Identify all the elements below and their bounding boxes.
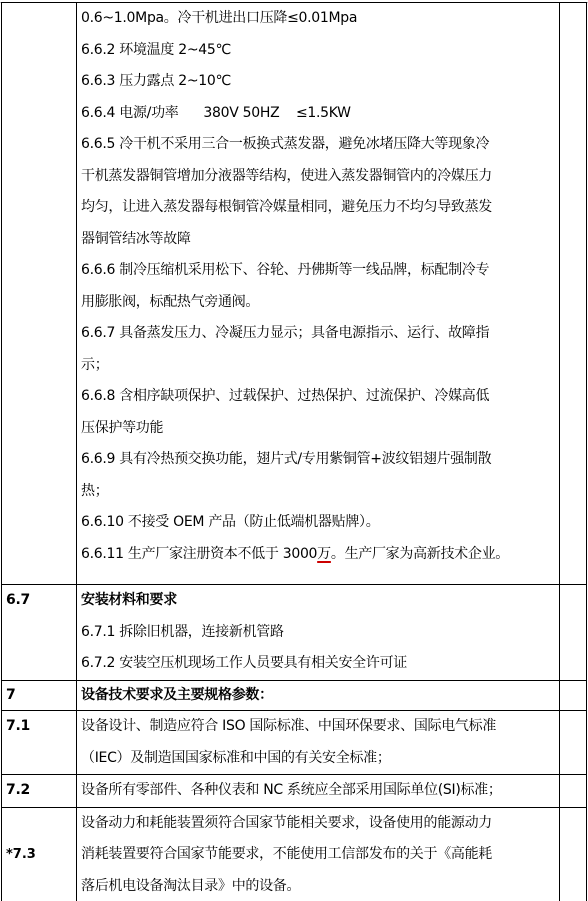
table-row-7-3: *7.3 设备动力和耗能装置须符合国家节能相关要求，设备使用的能源动力 消耗装置… [2,807,587,901]
row-number: 7.1 [2,711,77,775]
row-remark [560,711,587,775]
row-remark [560,807,587,901]
row-remark [560,585,587,681]
text-line: 消耗装置要符合国家节能要求，不能使用工信部发布的关于《高能耗 [77,839,559,871]
row-remark [560,681,587,711]
table-row-6-6-continued: 0.6~1.0Mpa。冷干机进出口压降≤0.01Mpa 6.6.2 环境温度 2… [2,3,587,585]
text-line: 压保护等功能 [77,413,559,445]
text-line: 落后机电设备淘汰目录》中的设备。 [77,871,559,901]
text-line: 6.6.10 不接受 OEM 产品（防止低端机器贴牌）。 [77,507,559,539]
text-line: 6.6.7 具备蒸发压力、冷凝压力显示；具备电源指示、运行、故障指 [77,318,559,350]
row-content: 设备技术要求及主要规格参数： [77,681,560,711]
text-line: 热； [77,476,559,508]
text-line: 6.6.5 冷干机不采用三合一板换式蒸发器，避免冰堵压降大等现象冷 [77,129,559,161]
text-line: 用膨胀阀，标配热气旁通阀。 [77,287,559,319]
text-line: 设备所有零部件、各种仪表和 NC 系统应全部采用国际单位(SI)标准； [77,775,559,807]
text-line: 6.7.2 安装空压机现场工作人员要具有相关安全许可证 [77,648,559,680]
text-line: 6.6.2 环境温度 2~45℃ [77,35,559,67]
text-line: 示； [77,350,559,382]
row-number: 7.2 [2,775,77,808]
row-content: 安装材料和要求 6.7.1 拆除旧机器，连接新机管路 6.7.2 安装空压机现场… [77,585,560,681]
text-segment: 。生产厂家为高新技术企业。 [331,546,509,562]
text-segment: 6.6.11 生产厂家注册资本不低于 3000 [81,546,317,562]
section-heading: 设备技术要求及主要规格参数： [77,681,559,710]
row-content: 0.6~1.0Mpa。冷干机进出口压降≤0.01Mpa 6.6.2 环境温度 2… [77,3,560,585]
row-number: 7 [2,681,77,711]
text-line: 干机蒸发器铜管增加分液器等结构，使进入蒸发器铜管内的冷媒压力 [77,161,559,193]
spec-table: 0.6~1.0Mpa。冷干机进出口压降≤0.01Mpa 6.6.2 环境温度 2… [1,2,587,901]
text-line: 0.6~1.0Mpa。冷干机进出口压降≤0.01Mpa [77,3,559,35]
section-heading: 安装材料和要求 [77,585,559,617]
row-number: 6.7 [2,585,77,681]
table-row-7-1: 7.1 设备设计、制造应符合 ISO 国际标准、中国环保要求、国际电气标准 （I… [2,711,587,775]
text-line: 设备动力和耗能装置须符合国家节能相关要求，设备使用的能源动力 [77,808,559,840]
row-content: 设备设计、制造应符合 ISO 国际标准、中国环保要求、国际电气标准 （IEC）及… [77,711,560,775]
text-line: 6.6.6 制冷压缩机采用松下、谷轮、丹佛斯等一线品牌，标配制冷专 [77,255,559,287]
text-line: 均匀，让进入蒸发器每根铜管冷媒量相同，避免压力不均匀导致蒸发 [77,192,559,224]
table-row-6-7: 6.7 安装材料和要求 6.7.1 拆除旧机器，连接新机管路 6.7.2 安装空… [2,585,587,681]
row-number [2,3,77,585]
text-line: 6.7.1 拆除旧机器，连接新机管路 [77,617,559,649]
table-row-7: 7 设备技术要求及主要规格参数： [2,681,587,711]
text-line: 6.6.8 含相序缺项保护、过载保护、过热保护、过流保护、冷媒高低 [77,381,559,413]
row-content: 设备动力和耗能装置须符合国家节能相关要求，设备使用的能源动力 消耗装置要符合国家… [77,807,560,901]
table-row-7-2: 7.2 设备所有零部件、各种仪表和 NC 系统应全部采用国际单位(SI)标准； [2,775,587,808]
row-remark [560,3,587,585]
text-line: （IEC）及制造国国家标准和中国的有关安全标准； [77,743,559,775]
text-line: 设备设计、制造应符合 ISO 国际标准、中国环保要求、国际电气标准 [77,711,559,743]
text-line: 器铜管结冰等故障 [77,224,559,256]
spellcheck-underlined-word[interactable]: 万 [317,546,331,562]
row-number: *7.3 [2,807,77,901]
text-line: 6.6.4 电源/功率 380V 50HZ ≤1.5KW [77,98,559,130]
text-line: 6.6.9 具有冷热预交换功能，翅片式/专用紫铜管+波纹铝翅片强制散 [77,444,559,476]
text-line: 6.6.3 压力露点 2~10℃ [77,66,559,98]
row-content: 设备所有零部件、各种仪表和 NC 系统应全部采用国际单位(SI)标准； [77,775,560,808]
row-remark [560,775,587,808]
text-line-registered-capital: 6.6.11 生产厂家注册资本不低于 3000万。生产厂家为高新技术企业。 [77,539,559,571]
